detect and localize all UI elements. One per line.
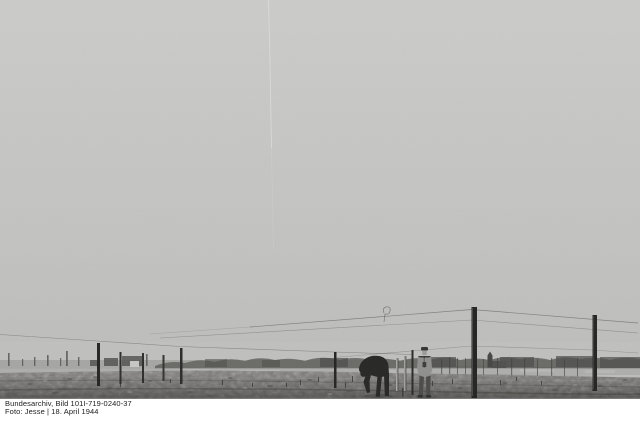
archival-photo-card: Bundesarchiv, Bild 101I-719-0240-37 Foto… (0, 0, 640, 423)
caption-strip: Bundesarchiv, Bild 101I-719-0240-37 Foto… (0, 399, 640, 423)
photograph (0, 0, 640, 399)
caption-credit-date: Foto: Jesse | 18. April 1944 (5, 408, 640, 416)
photo-canvas (0, 0, 640, 399)
film-grain (0, 0, 640, 399)
caption-archive-id: Bundesarchiv, Bild 101I-719-0240-37 (5, 400, 640, 408)
